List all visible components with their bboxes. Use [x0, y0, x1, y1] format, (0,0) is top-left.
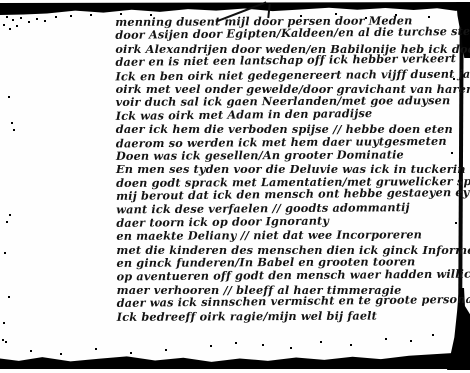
- manuscript-line: door Asijen door Egipten/Kaldeen/en al d…: [115, 25, 465, 42]
- manuscript-line: Ick bedreeff oirk ragie/mijn wel bij fae…: [117, 309, 467, 324]
- manuscript-line: daerom so werden ick met hem daer uuytge…: [116, 134, 466, 150]
- manuscript-line: op aventueren off godt den mensch waer h…: [117, 268, 467, 284]
- manuscript-line: daer was ick sinnschen vermischt en te g…: [117, 293, 467, 310]
- manuscript-line: en maekte Deliany // niet dat wee Incorp…: [116, 228, 466, 243]
- manuscript-line: oirk met veel onder gewelde/door gravich…: [116, 83, 466, 96]
- manuscript-text-block: menning dusent mijl door persen door Med…: [115, 14, 467, 324]
- manuscript-scan-page: menning dusent mijl door persen door Med…: [0, 0, 470, 373]
- manuscript-line: En men ses tyden voor die Deluvie was ic…: [116, 163, 466, 176]
- manuscript-line: Ick was oirk met Adam in den paradijse: [116, 106, 466, 123]
- scan-noise-speckles: [0, 0, 2, 2]
- manuscript-line: met die kinderen des menschen dien ick g…: [116, 244, 466, 257]
- scan-border-bottom: [0, 352, 470, 369]
